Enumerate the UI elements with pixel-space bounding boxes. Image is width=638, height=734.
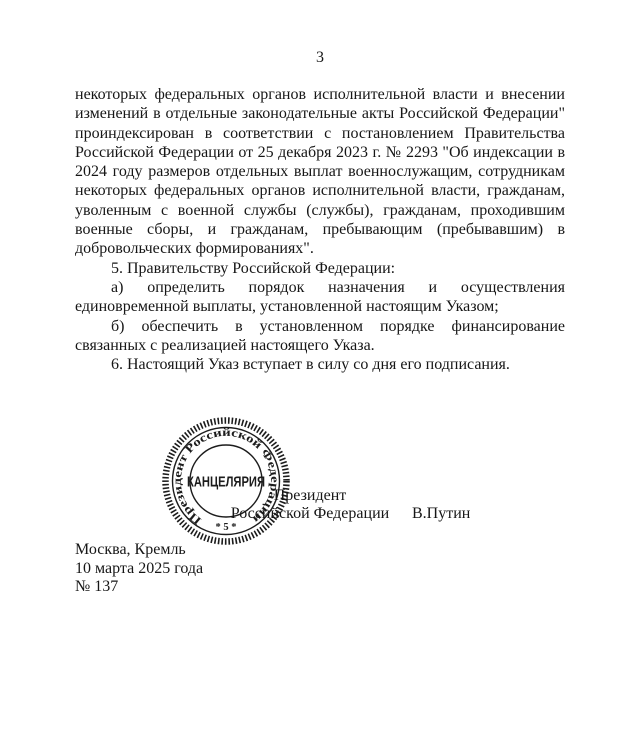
stamp-bottom-text: * 5 * (216, 522, 237, 533)
signature-post-line2: Российской Федерации (230, 505, 390, 523)
issue-place: Москва, Кремль (75, 541, 203, 560)
text-line: изменений в отдельные законодательные ак… (75, 104, 565, 123)
text-line: 2024 году размеров отдельных выплат воен… (75, 162, 565, 181)
text-line: военные сборы, и гражданам, пребывающим … (75, 220, 565, 239)
chancellery-stamp: Президент Российской Федерации КАНЦЕЛЯРИ… (156, 411, 296, 551)
decree-body-text: некоторых федеральных органов исполнител… (75, 85, 565, 374)
text-line-item-6: 6. Настоящий Указ вступает в силу со дня… (75, 355, 565, 374)
text-line: Российской Федерации от 25 декабря 2023 … (75, 143, 565, 162)
text-line-item-5a: а) определить порядок назначения и осуще… (75, 278, 565, 297)
text-line: уволенным с военной службы (службы), гра… (75, 201, 565, 220)
text-line-item-5b: б) обеспечить в установленном порядке фи… (75, 317, 565, 336)
issue-block: Москва, Кремль 10 марта 2025 года № 137 (75, 541, 203, 597)
page-number: 3 (75, 49, 565, 66)
signature-name: В.Путин (412, 505, 470, 523)
document-page: 3 некоторых федеральных органов исполнит… (0, 0, 638, 734)
text-line: проиндексирован в соответствии с постано… (75, 124, 565, 143)
text-line: некоторых федеральных органов исполнител… (75, 181, 565, 200)
text-line: некоторых федеральных органов исполнител… (75, 85, 565, 104)
text-line: добровольческих формированиях". (75, 239, 565, 258)
decree-number: № 137 (75, 578, 203, 597)
signature-post-line1: Президент (230, 487, 390, 505)
text-line: связанных с реализацией настоящего Указа… (75, 336, 565, 355)
text-line-item-5: 5. Правительству Российской Федерации: (75, 259, 565, 278)
text-line: единовременной выплаты, установленной на… (75, 297, 565, 316)
issue-date: 10 марта 2025 года (75, 560, 203, 579)
